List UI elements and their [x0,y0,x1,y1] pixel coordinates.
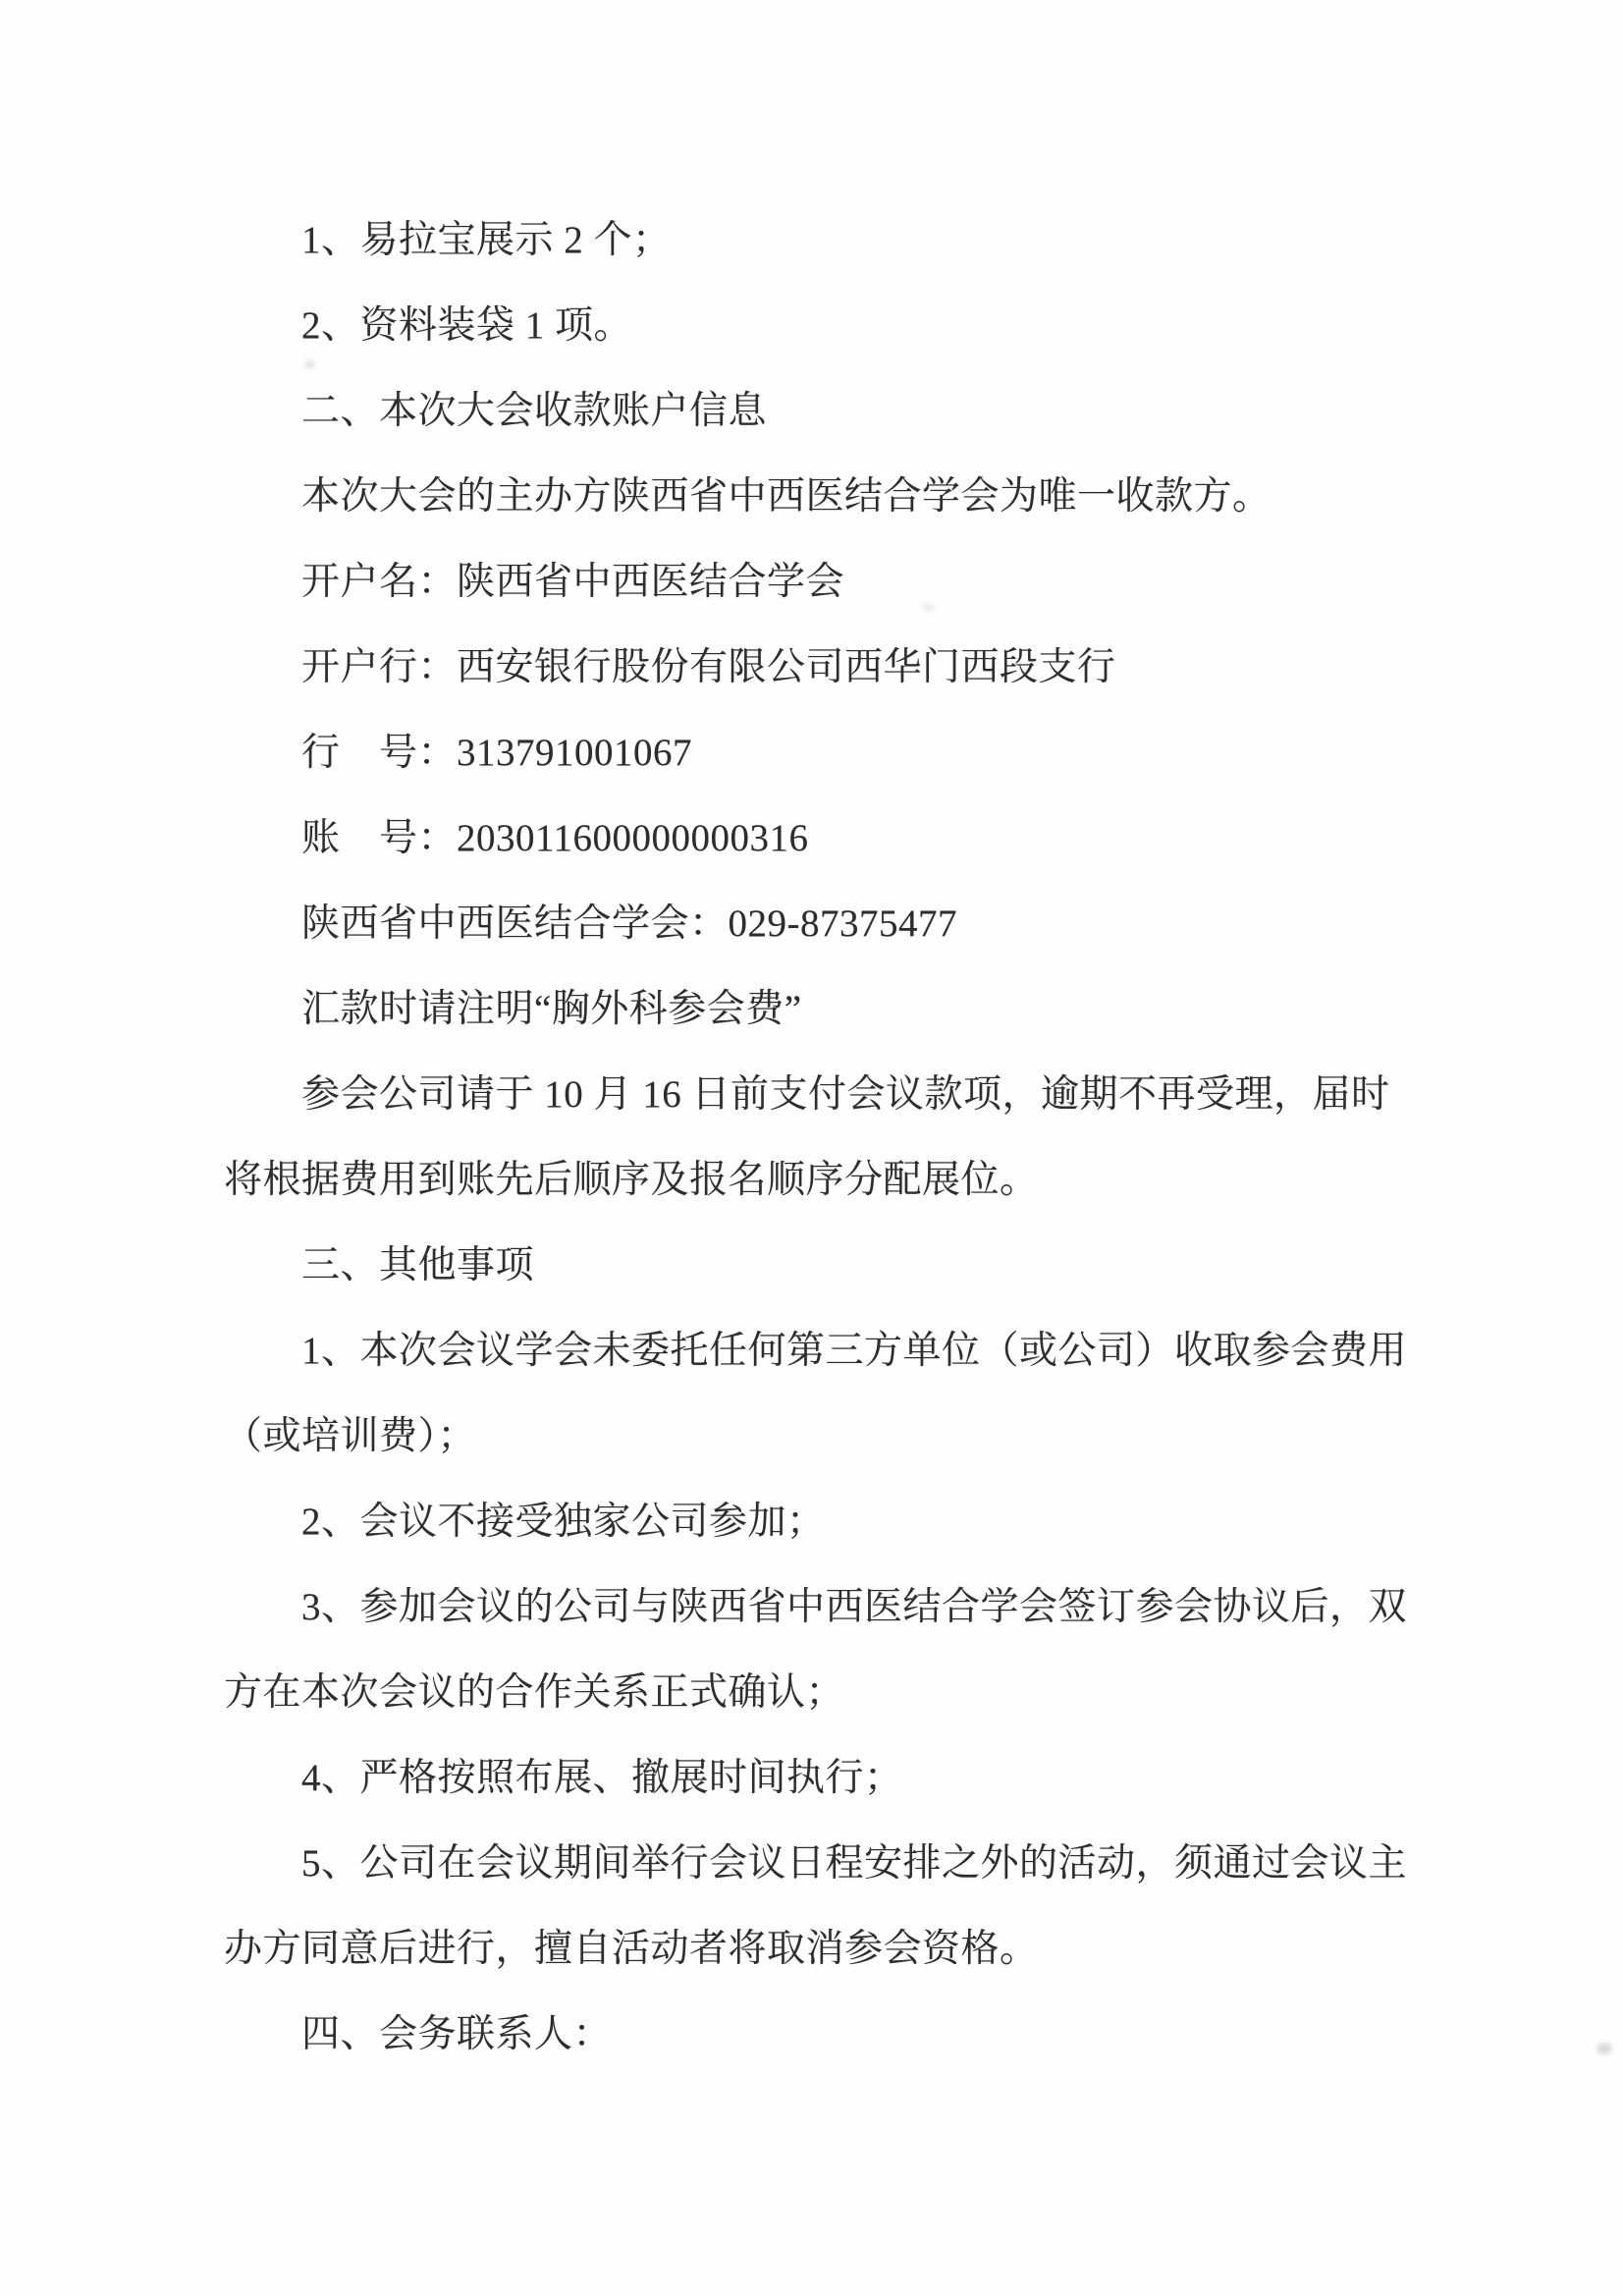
scan-artifact [304,360,315,368]
document-line: 5、公司在会议期间举行会议日程安排之外的活动，须通过会议主 [224,1821,1397,1906]
document-line: 汇款时请注明“胸外科参会费” [224,966,1397,1052]
document-line: 2、会议不接受独家公司参加； [224,1479,1397,1564]
document-line: 陕西省中西医结合学会：029-87375477 [224,881,1397,966]
document-line: 3、参加会议的公司与陕西省中西医结合学会签订参会协议后，双 [224,1564,1397,1650]
document-line: 三、其他事项 [224,1223,1397,1308]
document-line: 1、本次会议学会未委托任何第三方单位（或公司）收取参会费用 [224,1308,1397,1394]
document-line: 本次大会的主办方陕西省中西医结合学会为唯一收款方。 [224,454,1397,539]
document-line: 4、严格按照布展、撤展时间执行； [224,1735,1397,1821]
document-line: 开户名：陕西省中西医结合学会 [224,539,1397,625]
document-line: 方在本次会议的合作关系正式确认； [224,1650,1397,1735]
document-line: 办方同意后进行，擅自活动者将取消参会资格。 [224,1906,1397,1992]
scan-artifact [1596,2043,1612,2054]
document-line: 账 号：203011600000000316 [224,795,1397,881]
document-line: 2、资料装袋 1 项。 [224,283,1397,368]
document-line: 四、会务联系人： [224,1992,1397,2077]
document-line: 1、易拉宝展示 2 个； [224,197,1397,283]
document-line: 开户行：西安银行股份有限公司西华门西段支行 [224,625,1397,710]
document-line: 参会公司请于 10 月 16 日前支付会议款项，逾期不再受理，届时 [224,1052,1397,1137]
document-line: 行 号：313791001067 [224,710,1397,795]
document-line: 将根据费用到账先后顺序及报名顺序分配展位。 [224,1137,1397,1223]
document-body: 1、易拉宝展示 2 个；2、资料装袋 1 项。二、本次大会收款账户信息本次大会的… [224,197,1397,2077]
document-line: 二、本次大会收款账户信息 [224,368,1397,454]
scan-artifact [921,603,935,611]
document-page: 1、易拉宝展示 2 个；2、资料装袋 1 项。二、本次大会收款账户信息本次大会的… [0,0,1623,2296]
document-line: （或培训费）； [224,1394,1397,1479]
